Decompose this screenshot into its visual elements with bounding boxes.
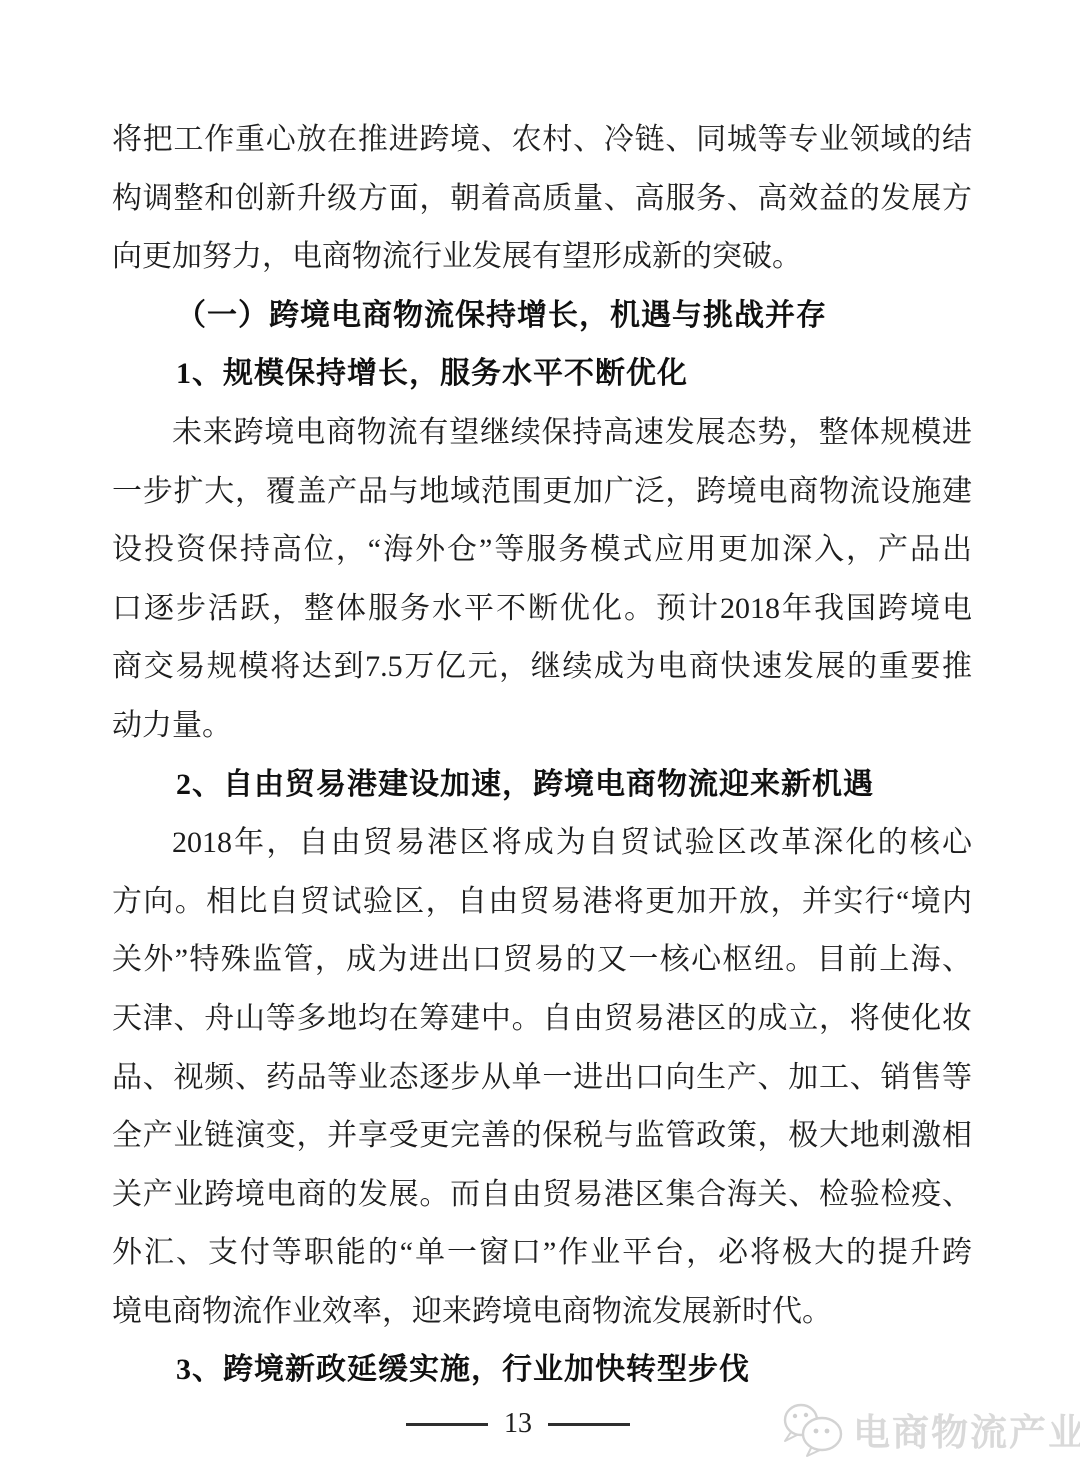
page-number-dash-left [406, 1423, 488, 1426]
page-number-dash-right [548, 1423, 630, 1426]
body-text-line: 未来跨境电商物流有望继续保持高速发展态势，整体规模进 [112, 404, 972, 463]
document-page: 将把工作重心放在推进跨境、农村、冷链、同城等专业领域的结 构调整和创新升级方面，… [0, 0, 1080, 1477]
page-number-value: 13 [504, 1404, 532, 1444]
body-text-line: 设投资保持高位，“海外仓”等服务模式应用更加深入，产品出 [112, 521, 972, 580]
document-body: 将把工作重心放在推进跨境、农村、冷链、同城等专业领域的结 构调整和创新升级方面，… [112, 111, 972, 1400]
footer-brand-watermark: 电商物流产业联盟 [779, 1398, 1080, 1460]
subsection-heading-3: 3、跨境新政延缓实施，行业加快转型步伐 [112, 1341, 972, 1400]
body-text-line: 口逐步活跃，整体服务水平不断优化。预计2018年我国跨境电 [112, 580, 972, 639]
body-text-line: 外汇、支付等职能的“单一窗口”作业平台，必将极大的提升跨 [112, 1224, 972, 1283]
section-heading-1: （一）跨境电商物流保持增长，机遇与挑战并存 [112, 287, 972, 346]
footer-brand-name: 电商物流产业联盟 [853, 1402, 1080, 1456]
body-text-line: 2018年，自由贸易港区将成为自贸试验区改革深化的核心 [112, 814, 972, 873]
body-text-line: 天津、舟山等多地均在筹建中。自由贸易港区的成立，将使化妆 [112, 990, 972, 1049]
body-text-line: 关产业跨境电商的发展。而自由贸易港区集合海关、检验检疫、 [112, 1166, 972, 1225]
subsection-heading-1: 1、规模保持增长，服务水平不断优化 [112, 345, 972, 404]
body-text-line: 境电商物流作业效率，迎来跨境电商物流发展新时代。 [112, 1283, 972, 1342]
body-text-line: 商交易规模将达到7.5万亿元，继续成为电商快速发展的重要推 [112, 638, 972, 697]
subsection-heading-2: 2、自由贸易港建设加速，跨境电商物流迎来新机遇 [112, 756, 972, 815]
body-text-line: 方向。相比自贸试验区，自由贸易港将更加开放，并实行“境内 [112, 873, 972, 932]
body-text-line: 动力量。 [112, 697, 972, 756]
body-text-line: 向更加努力，电商物流行业发展有望形成新的突破。 [112, 228, 972, 287]
body-text-line: 关外”特殊监管，成为进出口贸易的又一核心枢纽。目前上海、 [112, 931, 972, 990]
body-text-line: 一步扩大，覆盖产品与地域范围更加广泛，跨境电商物流设施建 [112, 463, 972, 522]
body-text-line: 构调整和创新升级方面，朝着高质量、高服务、高效益的发展方 [112, 170, 972, 229]
body-text-line: 品、视频、药品等业态逐步从单一进出口向生产、加工、销售等 [112, 1049, 972, 1108]
wechat-chat-bubbles-icon [779, 1400, 845, 1458]
body-text-line: 全产业链演变，并享受更完善的保税与监管政策，极大地刺激相 [112, 1107, 972, 1166]
body-text-line: 将把工作重心放在推进跨境、农村、冷链、同城等专业领域的结 [112, 111, 972, 170]
